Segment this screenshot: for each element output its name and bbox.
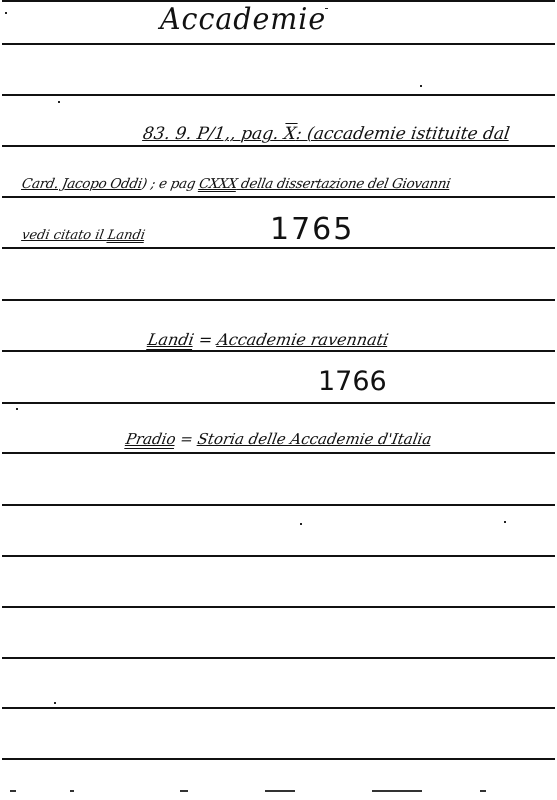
scan-speck [504, 521, 506, 523]
see-also-line: vedi citato il Landi [21, 228, 147, 243]
scan-speck [5, 12, 7, 14]
scan-speck [54, 702, 56, 704]
ruled-line [2, 299, 555, 301]
scan-speck [420, 85, 422, 87]
ruled-line [2, 452, 555, 454]
entry-author: Landi [146, 330, 195, 349]
entry-separator: = [197, 330, 214, 349]
cardinal-name: Card. Jacopo Oddi [21, 176, 144, 192]
scan-speck [16, 408, 18, 410]
entry-author: Pradio [124, 430, 177, 448]
year-1765: 1765 [270, 212, 354, 247]
bottom-edge-artifacts [0, 788, 557, 794]
entry-landi: Landi = Accademie ravennati [146, 330, 390, 349]
ruled-line [2, 196, 555, 198]
ruled-line [2, 657, 555, 659]
page-ref-text: ) ; e pag [140, 176, 200, 192]
ruled-line [2, 94, 555, 96]
entry-pradio: Pradio = Storia delle Accademie d'Italia [124, 430, 433, 448]
ruled-line [2, 707, 555, 709]
ruled-line [2, 555, 555, 557]
ruled-line [2, 758, 555, 760]
ruled-line [2, 350, 555, 352]
card-title: Accademie [160, 2, 326, 37]
reference-continuation-line: Card. Jacopo Oddi) ; e pag CXXX della di… [21, 176, 452, 192]
dissertation-text: della dissertazione del Giovanni [236, 176, 452, 192]
ruled-line [2, 402, 555, 404]
ruled-line [2, 606, 555, 608]
ruled-line [2, 145, 555, 147]
scan-speck [58, 101, 60, 103]
reference-note: : (accademie istituite dal [295, 124, 511, 144]
reference-text: 83. 9. P/1,, pag. [142, 124, 286, 144]
ruled-line [2, 504, 555, 506]
see-also-text: vedi citato il [21, 228, 109, 243]
see-also-author: Landi [106, 228, 146, 243]
scan-speck [300, 523, 302, 525]
entry-work: Storia delle Accademie d'Italia [196, 430, 433, 448]
entry-work: Accademie ravennati [216, 330, 390, 349]
reference-line: 83. 9. P/1,, pag. X: (accademie istituit… [142, 124, 511, 144]
scan-speck [325, 8, 328, 9]
ruled-line [2, 43, 555, 45]
roman-page-cxxx: CXXX [198, 176, 239, 192]
index-card: Accademie 83. 9. P/1,, pag. X: (accademi… [0, 0, 557, 800]
entry-separator: = [179, 430, 195, 448]
ruled-line [2, 247, 555, 249]
year-1766: 1766 [318, 366, 387, 397]
